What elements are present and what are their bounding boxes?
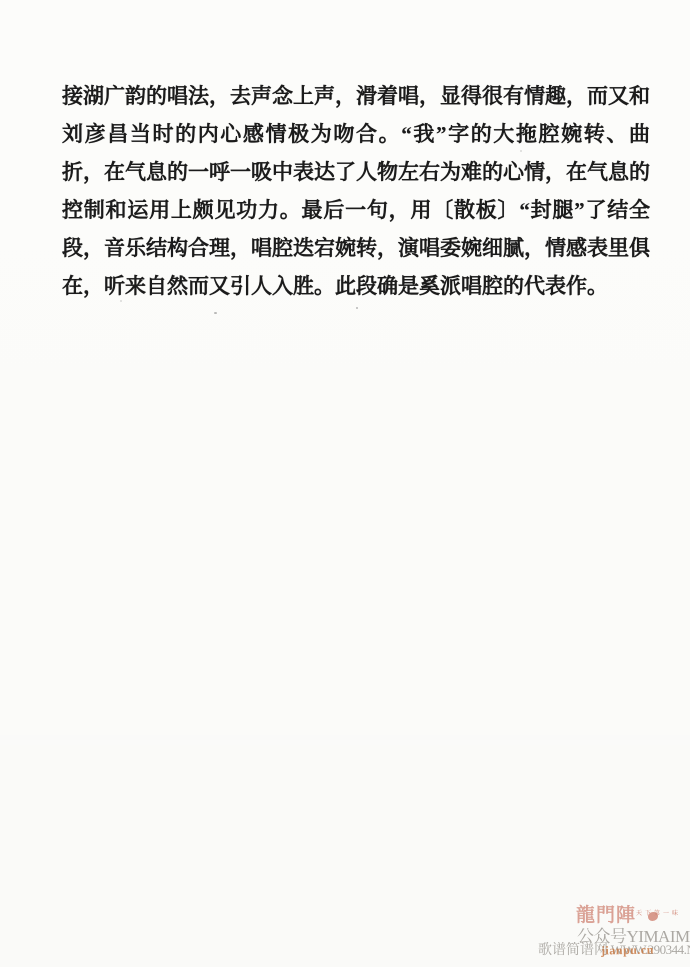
- paragraph-line-2: 刘彦昌当时的内心感情极为吻合。“我”字的大拖腔婉转、曲: [62, 115, 650, 153]
- scanned-document-page: 接湖广韵的唱法，去声念上声，滑着唱，显得很有情趣，而又和 刘彦昌当时的内心感情极…: [0, 0, 690, 967]
- paragraph-line-6: 在，听来自然而又引人入胜。此段确是奚派唱腔的代表作。: [62, 267, 650, 305]
- scan-noise-speck: [120, 300, 122, 302]
- paragraph-line-5: 段，音乐结构合理，唱腔迭宕婉转，演唱委婉细腻，情感表里俱: [62, 229, 650, 267]
- watermark-site-name: 歌谱简谱网: [538, 943, 608, 958]
- scan-noise-speck: [520, 150, 522, 152]
- watermark-site-domain-overlay: jianpu.cn: [601, 943, 654, 959]
- scan-noise-speck: [356, 307, 358, 309]
- scan-noise-speck: [214, 312, 217, 314]
- paragraph-block: 接湖广韵的唱法，去声念上声，滑着唱，显得很有情趣，而又和 刘彦昌当时的内心感情极…: [62, 77, 650, 305]
- paragraph-line-1: 接湖广韵的唱法，去声念上声，滑着唱，显得很有情趣，而又和: [62, 77, 650, 115]
- paragraph-line-4: 控制和运用上颇见功力。最后一句，用〔散板〕“封腿”了结全: [62, 191, 650, 229]
- watermark-brand-name: 龍門陣: [576, 905, 636, 927]
- watermark-brand-tagline: 天下第一味: [636, 910, 682, 919]
- paragraph-line-3: 折，在气息的一呼一吸中表达了人物左右为难的心情，在气息的: [62, 153, 650, 191]
